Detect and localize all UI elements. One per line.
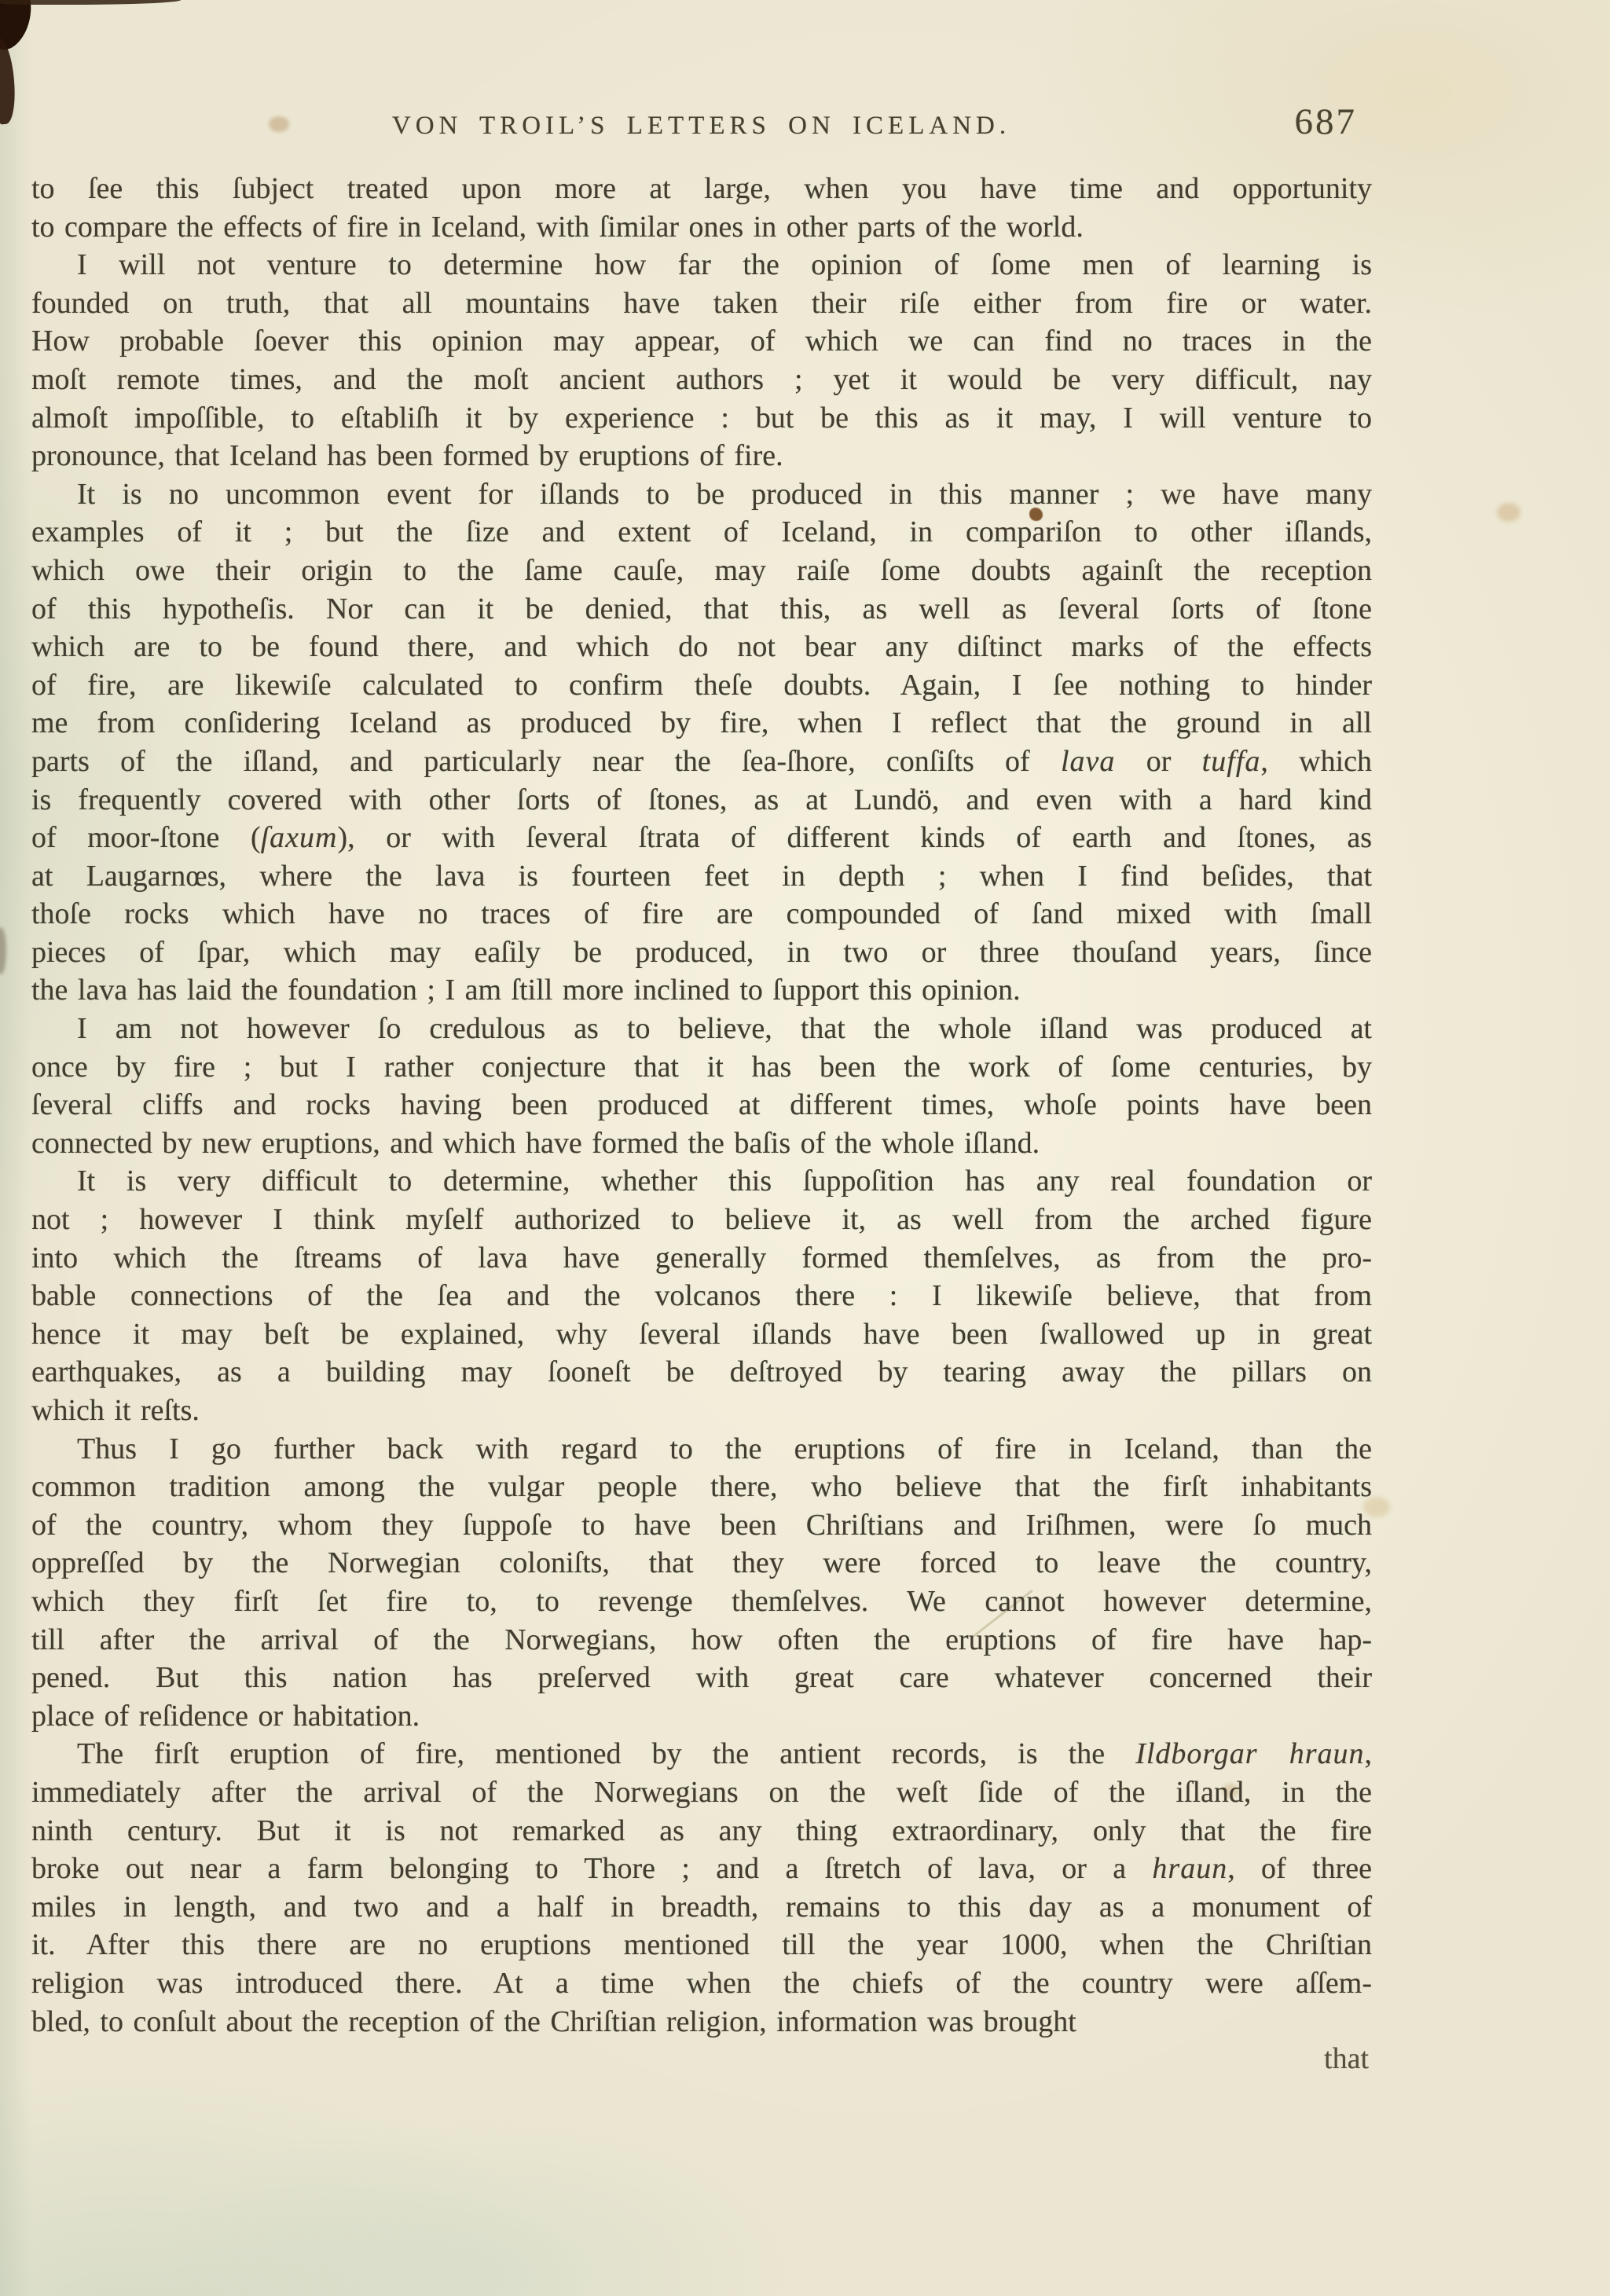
text-line: common tradition among the vulgar people… — [31, 1468, 1372, 1506]
text-line: earthquakes, as a building may ſooneſt b… — [31, 1353, 1372, 1392]
text-line: pened. But this nation has preſerved wit… — [31, 1659, 1372, 1697]
text-line: moſt remote times, and the moſt ancient … — [31, 361, 1372, 399]
text-line: of moor-ſtone (ſaxum), or with ſeveral ſ… — [31, 819, 1372, 857]
text-line: it. After this there are no eruptions me… — [31, 1926, 1372, 1964]
text-line: to ſee this ſubject treated upon more at… — [31, 170, 1372, 208]
text-line: Thus I go further back with regard to th… — [31, 1430, 1372, 1469]
text-line: of the country, whom they ſuppoſe to hav… — [31, 1506, 1372, 1545]
text-line: I am not however ſo credulous as to beli… — [31, 1010, 1372, 1048]
text-line: founded on truth, that all mountains hav… — [31, 284, 1372, 323]
text-line: oppreſſed by the Norwegian coloniſts, th… — [31, 1544, 1372, 1583]
text-line: It is very difficult to determine, wheth… — [31, 1162, 1372, 1201]
text-line: to compare the effects of fire in Icelan… — [31, 208, 1372, 247]
scanned-book-page: VON TROIL’S LETTERS ON ICELAND. 687 to ſ… — [0, 0, 1610, 2296]
running-header-title: VON TROIL’S LETTERS ON ICELAND. — [31, 112, 1371, 141]
running-header: VON TROIL’S LETTERS ON ICELAND. 687 — [31, 101, 1371, 156]
scan-stain-corner — [0, 37, 19, 126]
text-line: is frequently covered with other ſorts o… — [31, 781, 1372, 820]
text-line: not ; however I think myſelf authorized … — [31, 1201, 1372, 1239]
text-line: of this hypotheſis. Nor can it be denied… — [31, 590, 1372, 629]
text-line: examples of it ; but the ſize and extent… — [31, 513, 1372, 552]
text-line: which are to be found there, and which d… — [31, 628, 1372, 666]
page-number: 687 — [1295, 101, 1358, 143]
text-line: once by fire ; but I rather conjecture t… — [31, 1048, 1372, 1087]
text-line: pronounce, that Iceland has been formed … — [31, 437, 1372, 475]
text-line: me from conſidering Iceland as produced … — [31, 704, 1372, 743]
scan-stain-left-edge — [0, 927, 6, 974]
text-line: ſeveral cliffs and rocks having been pro… — [31, 1086, 1372, 1124]
text-line: of fire, are likewiſe calculated to conf… — [31, 666, 1372, 705]
text-line: at Laugarnœs, where the lava is fourteen… — [31, 857, 1372, 896]
text-line: immediately after the arrival of the Nor… — [31, 1773, 1372, 1812]
text-line: The firſt eruption of fire, mentioned by… — [31, 1735, 1372, 1773]
text-line: hence it may beſt be explained, why ſeve… — [31, 1315, 1372, 1354]
text-line: How probable ſoever this opinion may app… — [31, 322, 1372, 361]
text-line: religion was introduced there. At a time… — [31, 1964, 1372, 2003]
text-line: the lava has laid the foundation ; I am … — [31, 971, 1372, 1010]
text-line: I will not venture to determine how far … — [31, 246, 1372, 284]
scan-stain-corner — [0, 0, 39, 55]
text-line: pieces of ſpar, which may eaſily be prod… — [31, 933, 1372, 972]
text-line: parts of the iſland, and particularly ne… — [31, 743, 1372, 781]
text-line: It is no uncommon event for iſlands to b… — [31, 475, 1372, 514]
scan-stain-top-edge — [0, 0, 181, 5]
text-line: ninth century. But it is not remarked as… — [31, 1812, 1372, 1850]
text-line: almoſt impoſſible, to eſtabliſh it by ex… — [31, 399, 1372, 438]
text-line: place of reſidence or habitation. — [31, 1697, 1372, 1736]
text-line: bable connections of the ſea and the vol… — [31, 1277, 1372, 1315]
text-line: bled, to conſult about the reception of … — [31, 2003, 1372, 2041]
catchword: that — [31, 2040, 1372, 2078]
scan-fox-spot — [1497, 503, 1520, 522]
text-line: connected by new eruptions, and which ha… — [31, 1124, 1372, 1163]
text-line: till after the arrival of the Norwegians… — [31, 1621, 1372, 1660]
text-body: to ſee this ſubject treated upon more at… — [31, 170, 1372, 2041]
text-line: broke out near a farm belonging to Thore… — [31, 1850, 1372, 1888]
text-line: miles in length, and two and a half in b… — [31, 1888, 1372, 1927]
text-line: which owe their origin to the ſame cauſe… — [31, 552, 1372, 590]
text-line: which it reſts. — [31, 1392, 1372, 1430]
text-line: into which the ſtreams of lava have gene… — [31, 1239, 1372, 1278]
text-line: thoſe rocks which have no traces of fire… — [31, 895, 1372, 933]
text-line: which they firſt ſet fire to, to revenge… — [31, 1583, 1372, 1621]
